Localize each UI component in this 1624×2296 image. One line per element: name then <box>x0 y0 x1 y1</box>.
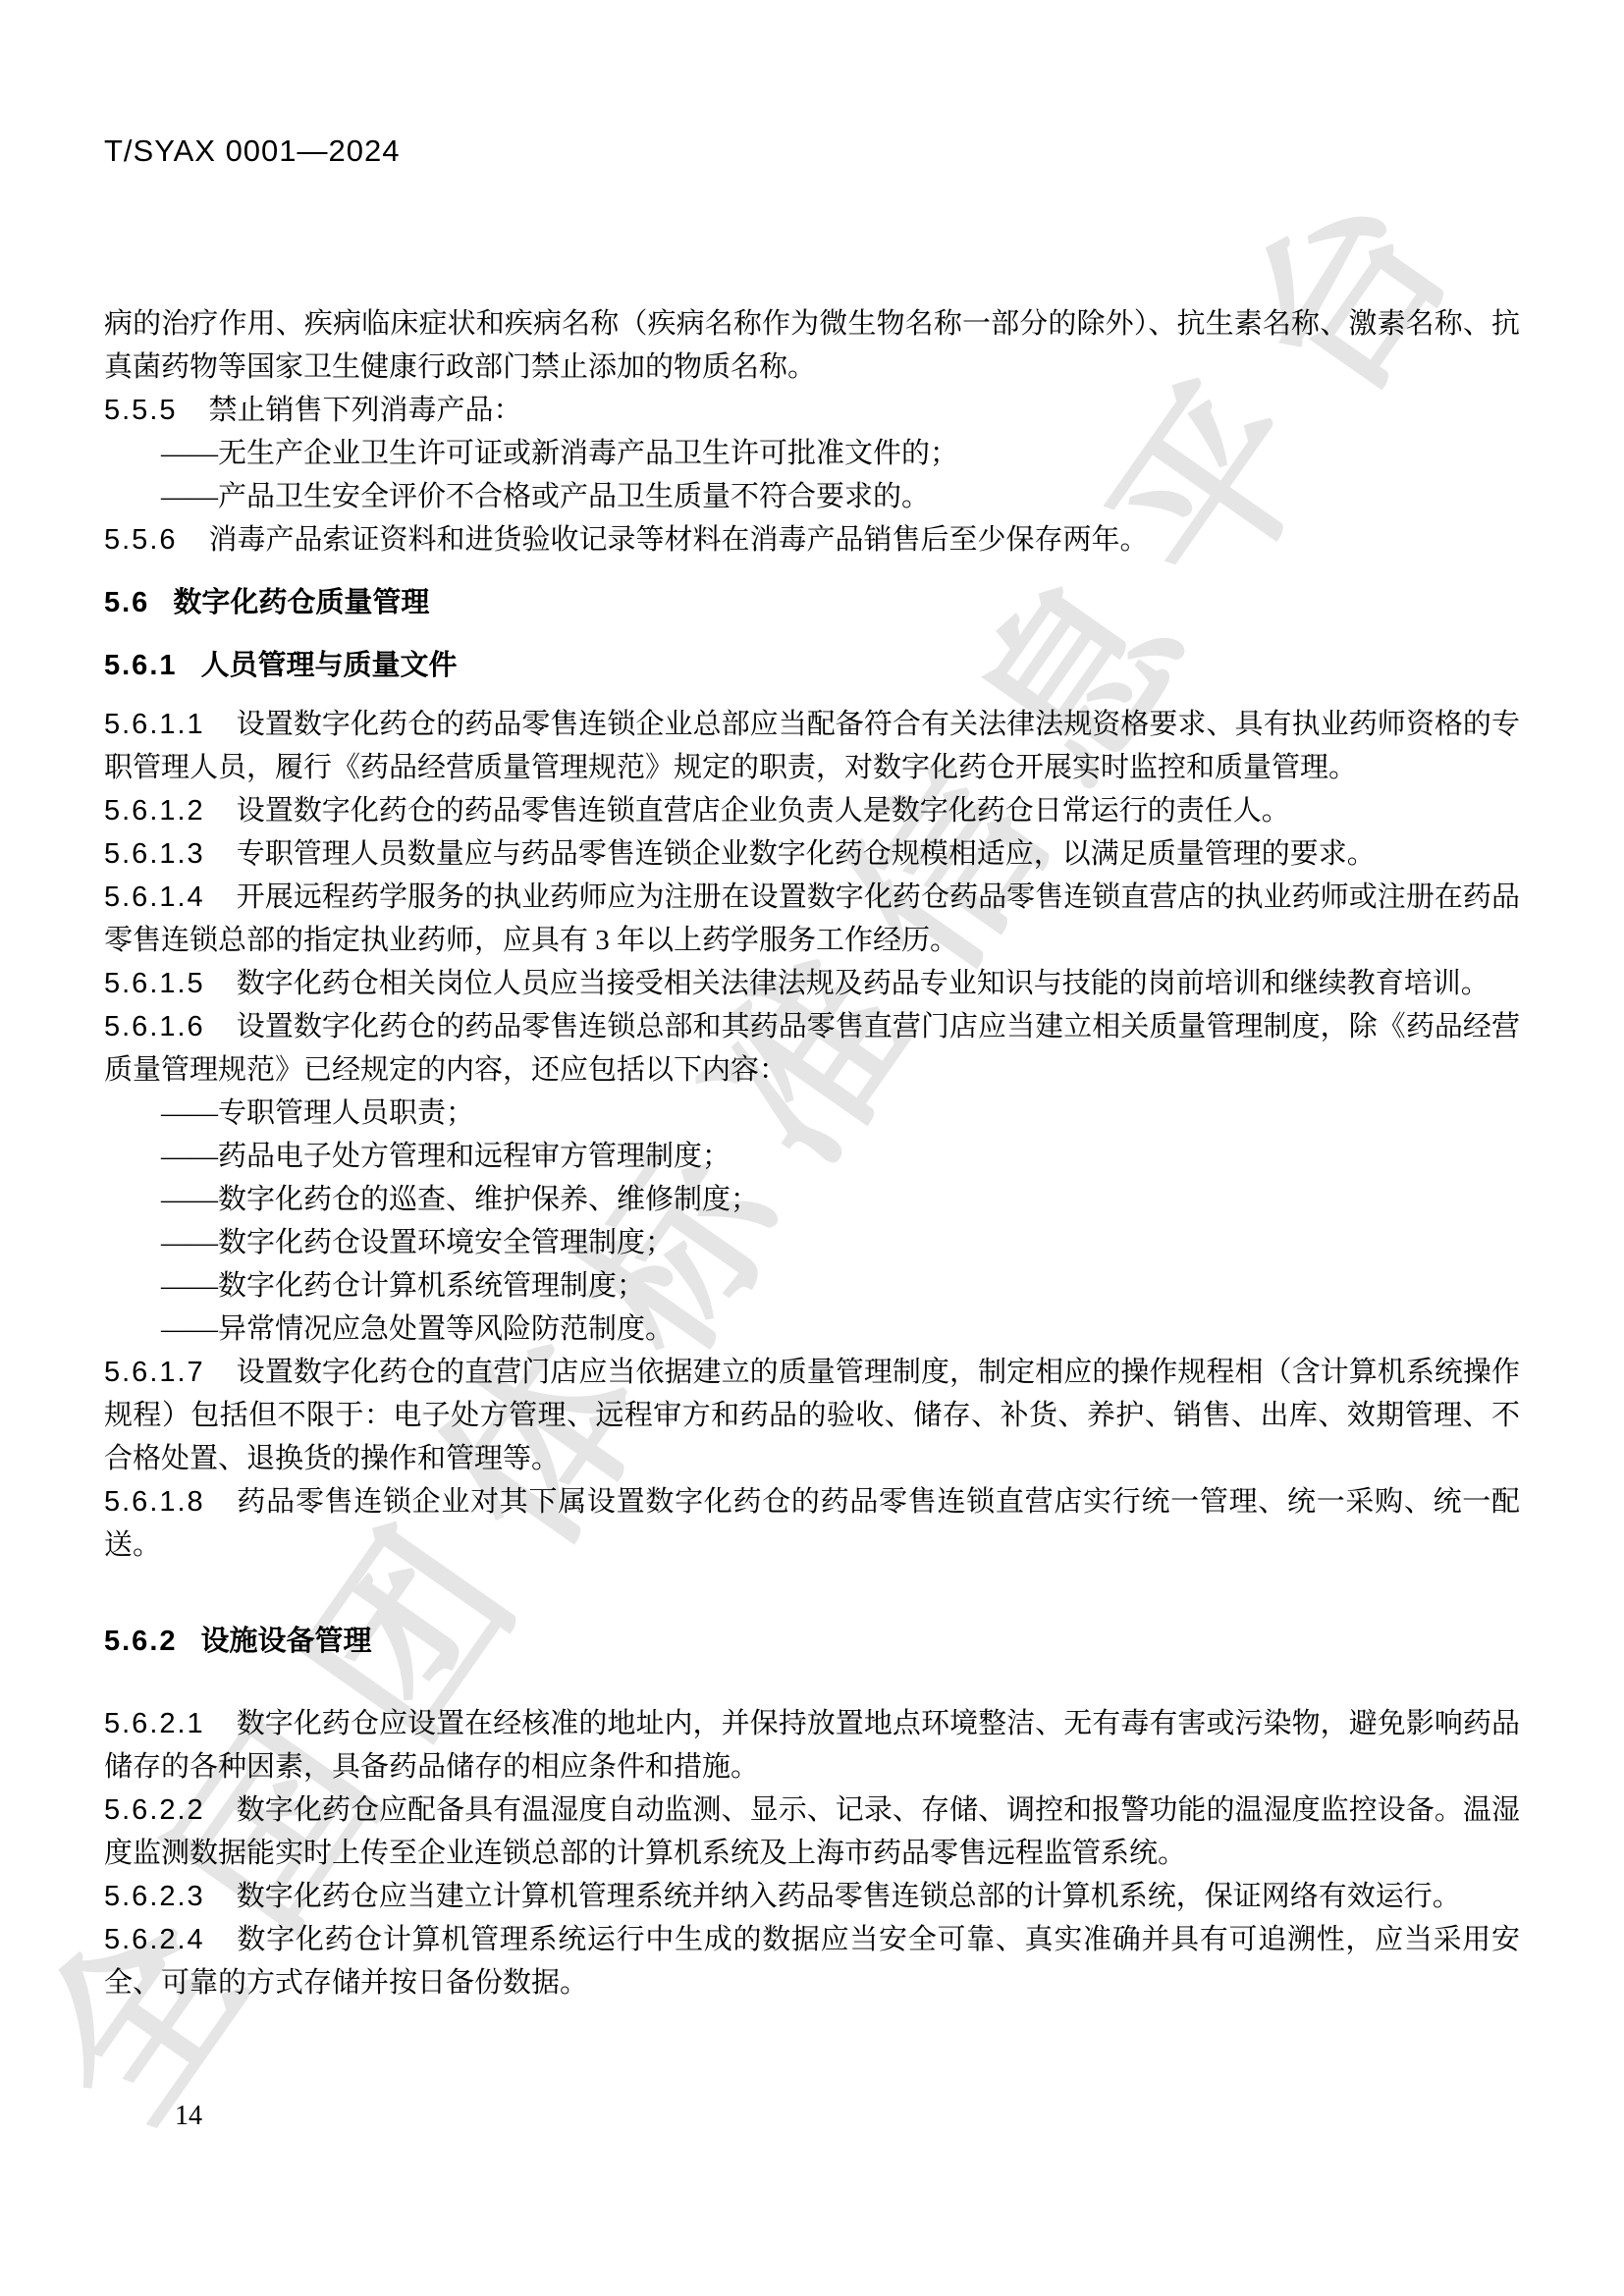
clause-number: 5.6.2.2 <box>104 1794 205 1826</box>
section-heading: 5.6.1人员管理与质量文件 <box>104 644 1520 687</box>
clause-text: 设置数字化药仓的药品零售连锁总部和其药品零售直营门店应当建立相关质量管理制度，除… <box>104 1011 1520 1086</box>
dash-item: ——专职管理人员职责； <box>104 1092 1520 1135</box>
dash-item: ——数字化药仓设置环境安全管理制度； <box>104 1221 1520 1264</box>
dash-item: ——药品电子处方管理和远程审方管理制度； <box>104 1135 1520 1178</box>
clause-number: 5.5.6 <box>104 524 178 556</box>
clause-number: 5.6.1.2 <box>104 795 205 827</box>
clause-paragraph: 5.6.2.2数字化药仓应配备具有温湿度自动监测、显示、记录、存储、调控和报警功… <box>104 1789 1520 1875</box>
clause-paragraph: 5.5.6消毒产品索证资料和进货验收记录等材料在消毒产品销售后至少保存两年。 <box>104 518 1520 561</box>
clause-paragraph: 5.6.1.5数字化药仓相关岗位人员应当接受相关法律法规及药品专业知识与技能的岗… <box>104 962 1520 1005</box>
clause-text: ——药品电子处方管理和远程审方管理制度； <box>161 1141 731 1172</box>
clause-text: 消毒产品索证资料和进货验收记录等材料在消毒产品销售后至少保存两年。 <box>209 524 1149 556</box>
clause-text: ——数字化药仓的巡查、维护保养、维修制度； <box>161 1184 759 1215</box>
clause-paragraph: 5.6.1.1设置数字化药仓的药品零售连锁企业总部应当配备符合有关法律法规资格要… <box>104 703 1520 789</box>
clause-text: 开展远程药学服务的执业药师应为注册在设置数字化药仓药品零售连锁直营店的执业药师或… <box>104 881 1520 956</box>
dash-item: ——产品卫生安全评价不合格或产品卫生质量不符合要求的。 <box>104 475 1520 518</box>
clause-text: 设置数字化药仓的药品零售连锁企业总部应当配备符合有关法律法规资格要求、具有执业药… <box>104 709 1520 783</box>
section-heading: 5.6数字化药仓质量管理 <box>104 581 1520 624</box>
clause-text: ——无生产企业卫生许可证或新消毒产品卫生许可批准文件的； <box>161 438 958 469</box>
clause-text: 设施设备管理 <box>201 1626 372 1657</box>
standard-number-header: T/SYAX 0001—2024 <box>104 133 401 169</box>
clause-number: 5.6.1.1 <box>104 709 205 740</box>
clause-number: 5.6.2.3 <box>104 1881 205 1912</box>
clause-paragraph: 5.6.2.4数字化药仓计算机管理系统运行中生成的数据应当安全可靠、真实准确并具… <box>104 1918 1520 2004</box>
dash-item: ——数字化药仓的巡查、维护保养、维修制度； <box>104 1178 1520 1221</box>
clause-text: 数字化药仓应设置在经核准的地址内，并保持放置地点环境整洁、无有毒有害或污染物，避… <box>104 1708 1520 1783</box>
clause-number: 5.6.1.6 <box>104 1011 205 1042</box>
clause-text: 设置数字化药仓的药品零售连锁直营店企业负责人是数字化药仓日常运行的责任人。 <box>237 795 1290 827</box>
clause-paragraph: 5.6.2.1数字化药仓应设置在经核准的地址内，并保持放置地点环境整洁、无有毒有… <box>104 1702 1520 1789</box>
clause-paragraph: 5.6.1.7设置数字化药仓的直营门店应当依据建立的质量管理制度，制定相应的操作… <box>104 1351 1520 1480</box>
clause-text: 数字化药仓应当建立计算机管理系统并纳入药品零售连锁总部的计算机系统，保证网络有效… <box>237 1881 1461 1912</box>
clause-paragraph: 5.6.1.4开展远程药学服务的执业药师应为注册在设置数字化药仓药品零售连锁直营… <box>104 876 1520 962</box>
clause-text: ——数字化药仓设置环境安全管理制度； <box>161 1227 674 1258</box>
clause-number: 5.6.2.4 <box>104 1924 205 1955</box>
clause-number: 5.6.2 <box>104 1626 178 1657</box>
clause-number: 5.6.1.8 <box>104 1486 205 1518</box>
clause-text: 人员管理与质量文件 <box>201 650 458 681</box>
clause-paragraph: 5.6.1.6设置数字化药仓的药品零售连锁总部和其药品零售直营门店应当建立相关质… <box>104 1005 1520 1092</box>
clause-text: 数字化药仓应配备具有温湿度自动监测、显示、记录、存储、调控和报警功能的温湿度监控… <box>104 1794 1520 1869</box>
clause-paragraph: 5.5.5禁止销售下列消毒产品： <box>104 389 1520 432</box>
document-body: 病的治疗作用、疾病临床症状和疾病名称（疾病名称作为微生物名称一部分的除外）、抗生… <box>104 302 1520 2004</box>
clause-paragraph: 5.6.1.8药品零售连锁企业对其下属设置数字化药仓的药品零售连锁直营店实行统一… <box>104 1480 1520 1567</box>
clause-text: 药品零售连锁企业对其下属设置数字化药仓的药品零售连锁直营店实行统一管理、统一采购… <box>104 1486 1520 1561</box>
clause-text: 设置数字化药仓的直营门店应当依据建立的质量管理制度，制定相应的操作规程相（含计算… <box>104 1357 1520 1474</box>
clause-text: 数字化药仓质量管理 <box>173 587 429 618</box>
clause-paragraph: 5.6.2.3数字化药仓应当建立计算机管理系统并纳入药品零售连锁总部的计算机系统… <box>104 1875 1520 1918</box>
clause-text: ——专职管理人员职责； <box>161 1097 474 1129</box>
clause-text: 专职管理人员数量应与药品零售连锁企业数字化药仓规模相适应，以满足质量管理的要求。 <box>237 838 1376 870</box>
dash-item: ——无生产企业卫生许可证或新消毒产品卫生许可批准文件的； <box>104 432 1520 475</box>
clause-number: 5.6.1.3 <box>104 838 205 870</box>
clause-paragraph: 5.6.1.3专职管理人员数量应与药品零售连锁企业数字化药仓规模相适应，以满足质… <box>104 832 1520 876</box>
clause-number: 5.6.1.5 <box>104 968 205 999</box>
dash-item: ——异常情况应急处置等风险防范制度。 <box>104 1308 1520 1351</box>
clause-number: 5.6.1.4 <box>104 881 205 913</box>
clause-text: 禁止销售下列消毒产品： <box>209 395 522 426</box>
clause-number: 5.6.1.7 <box>104 1357 205 1388</box>
paragraph: 病的治疗作用、疾病临床症状和疾病名称（疾病名称作为微生物名称一部分的除外）、抗生… <box>104 302 1520 389</box>
clause-text: ——产品卫生安全评价不合格或产品卫生质量不符合要求的。 <box>161 481 930 512</box>
clause-paragraph: 5.6.1.2设置数字化药仓的药品零售连锁直营店企业负责人是数字化药仓日常运行的… <box>104 789 1520 832</box>
clause-number: 5.6 <box>104 587 149 618</box>
clause-text: ——数字化药仓计算机系统管理制度； <box>161 1270 645 1302</box>
clause-number: 5.6.2.1 <box>104 1708 205 1739</box>
clause-text: ——异常情况应急处置等风险防范制度。 <box>161 1313 674 1345</box>
clause-text: 数字化药仓计算机管理系统运行中生成的数据应当安全可靠、真实准确并具有可追溯性，应… <box>104 1924 1520 1999</box>
clause-number: 5.5.5 <box>104 395 178 426</box>
clause-number: 5.6.1 <box>104 650 178 681</box>
section-heading: 5.6.2设施设备管理 <box>104 1620 1520 1663</box>
clause-text: 数字化药仓相关岗位人员应当接受相关法律法规及药品专业知识与技能的岗前培训和继续教… <box>237 968 1489 999</box>
dash-item: ——数字化药仓计算机系统管理制度； <box>104 1264 1520 1308</box>
document-page: 全国团体标准信息平台 T/SYAX 0001—2024 病的治疗作用、疾病临床症… <box>0 0 1624 2296</box>
clause-text: 病的治疗作用、疾病临床症状和疾病名称（疾病名称作为微生物名称一部分的除外）、抗生… <box>104 308 1520 383</box>
page-number: 14 <box>175 2101 202 2132</box>
